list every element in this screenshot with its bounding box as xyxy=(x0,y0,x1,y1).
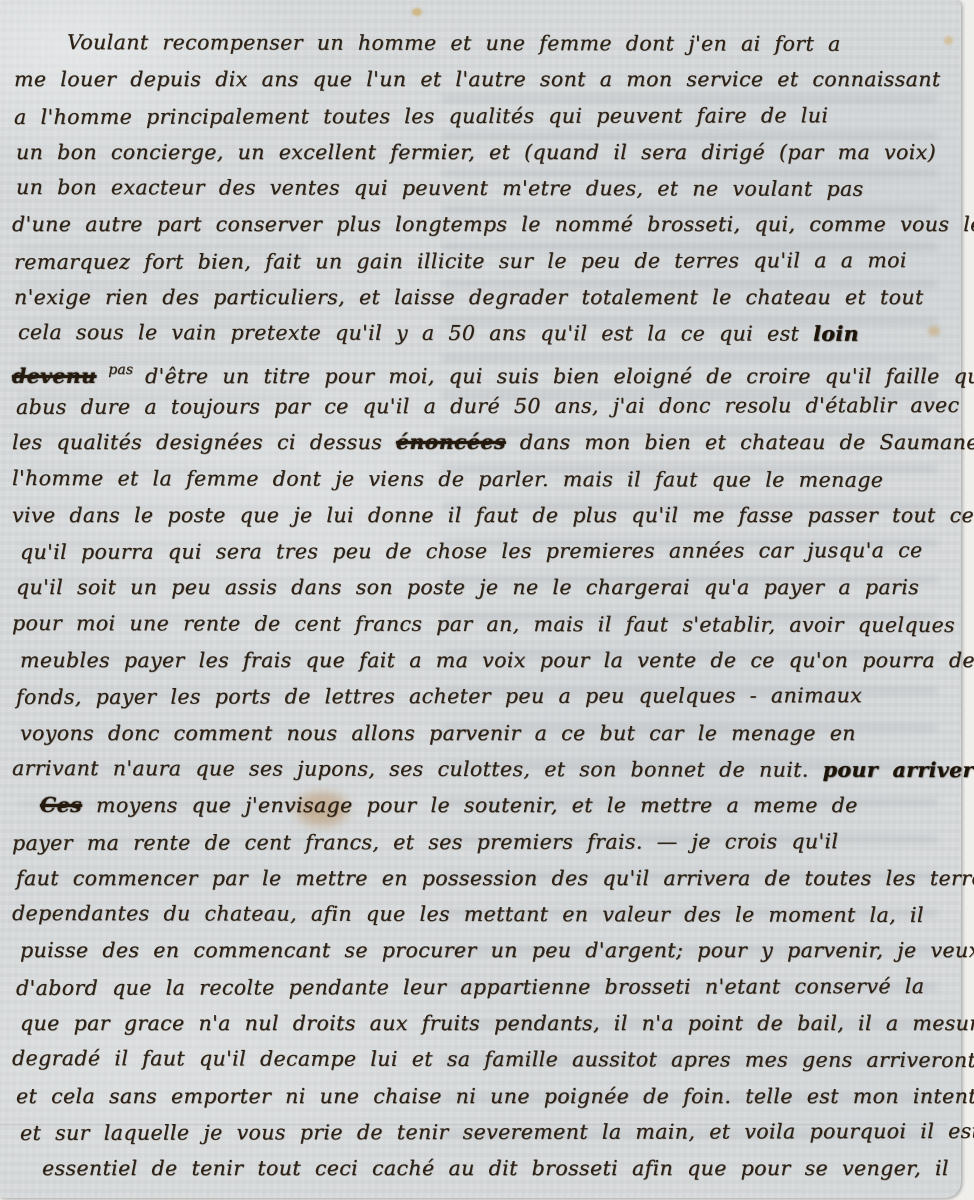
handwritten-text: et sur laquelle je vous prie de tenir se… xyxy=(20,1119,974,1145)
handwritten-text: vive dans le poste que je lui donne il f… xyxy=(12,503,974,527)
handwritten-text: un bon exacteur des ventes qui peuvent m… xyxy=(16,175,864,201)
handwritten-text: arrivant n'aura que ses jupons, ses culo… xyxy=(12,756,823,782)
letter-line: qu'il soit un peu assis dans son poste j… xyxy=(12,569,948,605)
handwritten-text: puisse des en commencant se procurer un … xyxy=(20,938,974,962)
handwritten-text: pour moi une rente de cent francs par an… xyxy=(12,611,955,637)
letter-line: voyons donc comment nous allons parvenir… xyxy=(12,715,948,751)
handwritten-text: qu'il pourra qui sera tres peu de chose … xyxy=(20,538,923,564)
handwritten-text: un bon concierge, un excellent fermier, … xyxy=(16,140,936,164)
letter-line: abus dure a toujours par ce qu'il a duré… xyxy=(12,387,948,425)
letter-line: puisse des en commencant se procurer un … xyxy=(12,932,948,968)
letter-line: faut commencer par le mettre en possessi… xyxy=(12,860,948,896)
heavy-ink-word: loin xyxy=(813,322,859,346)
handwritten-text: n'exige rien des particuliers, et laisse… xyxy=(14,285,924,309)
handwritten-text: abus dure a toujours par ce qu'il a duré… xyxy=(16,393,959,419)
letter-line: dependantes du chateau, afin que les met… xyxy=(12,895,948,933)
handwritten-text: Voulant recompenser un homme et une femm… xyxy=(67,30,841,56)
letter-line: et sur laquelle je vous prie de tenir se… xyxy=(12,1113,948,1151)
handwritten-text: dependantes du chateau, afin que les met… xyxy=(12,901,924,927)
letter-line: les qualités designées ci dessus énoncée… xyxy=(12,424,948,460)
handwritten-text: que par grace n'a nul droits aux fruits … xyxy=(20,1011,974,1035)
letter-line: payer ma rente de cent francs, et ses pr… xyxy=(12,823,948,861)
letter-line: meubles payer les frais que fait a ma vo… xyxy=(12,642,948,678)
letter-line: que par grace n'a nul droits aux fruits … xyxy=(12,1005,948,1041)
letter-line: pour moi une rente de cent francs par an… xyxy=(12,605,948,643)
handwritten-text: voyons donc comment nous allons parvenir… xyxy=(20,721,856,745)
handwritten-text: remarquez fort bien, fait un gain illici… xyxy=(14,248,907,274)
letter-line: remarquez fort bien, fait un gain illici… xyxy=(12,242,948,280)
letter-line: me louer depuis dix ans que l'un et l'au… xyxy=(12,61,948,97)
handwritten-text: cela sous le vain pretexte qu'il y a 50 … xyxy=(18,320,813,346)
handwritten-text: degradé il faut qu'il decampe lui et sa … xyxy=(12,1046,974,1072)
letter-line: vive dans le poste que je lui donne il f… xyxy=(12,497,948,533)
handwritten-text: d'être un titre pour moi, qui suis bien … xyxy=(145,364,974,388)
handwritten-text: faut commencer par le mettre en possessi… xyxy=(16,866,974,890)
letter-line: d'abord que la recolte pendante leur app… xyxy=(12,968,948,1006)
handwritten-text: payer ma rente de cent francs, et ses pr… xyxy=(12,829,838,855)
scanned-letter-page: Voulant recompenser un homme et une femm… xyxy=(0,0,974,1200)
handwritten-text: l'homme et la femme dont je viens de par… xyxy=(12,466,883,492)
struck-out-word: Ces xyxy=(40,793,82,817)
handwritten-text: les qualités designées ci dessus xyxy=(12,430,396,454)
letter-line: cela sous le vain pretexte qu'il y a 50 … xyxy=(12,314,948,352)
handwritten-text: essentiel de tenir tout ceci caché au di… xyxy=(42,1156,949,1180)
letter-line: devenu pas d'être un titre pour moi, qui… xyxy=(12,352,948,388)
handwritten-text: d'une autre part conserver plus longtemp… xyxy=(12,212,974,236)
letter-line: n'exige rien des particuliers, et laisse… xyxy=(12,279,948,315)
struck-out-word: énoncées xyxy=(396,430,506,454)
handwritten-text: qu'il soit un peu assis dans son poste j… xyxy=(16,575,919,599)
handwritten-text: et cela sans emporter ni une chaise ni u… xyxy=(16,1084,974,1108)
handwritten-text: dans mon bien et chateau de Saumane xyxy=(506,430,974,454)
letter-line: fonds, payer les ports de lettres achete… xyxy=(12,677,948,715)
letter-line: degradé il faut qu'il decampe lui et sa … xyxy=(12,1040,948,1078)
handwritten-text: d'abord que la recolte pendante leur app… xyxy=(16,974,924,1000)
ink-fleck xyxy=(412,8,422,16)
handwritten-text: fonds, payer les ports de lettres achete… xyxy=(16,684,862,710)
handwritten-text: a l'homme principalement toutes les qual… xyxy=(14,103,828,129)
handwritten-text: me louer depuis dix ans que l'un et l'au… xyxy=(14,67,940,91)
handwritten-text: moyens que j'envisage pour le soutenir, … xyxy=(82,793,858,817)
struck-out-word: devenu xyxy=(12,364,97,388)
handwritten-text: meubles payer les frais que fait a ma vo… xyxy=(20,648,974,672)
letter-line: a l'homme principalement toutes les qual… xyxy=(12,97,948,135)
letter-line: d'une autre part conserver plus longtemp… xyxy=(12,206,948,242)
letter-line: Ces moyens que j'envisage pour le souten… xyxy=(12,787,948,823)
letter-line: Voulant recompenser un homme et une femm… xyxy=(12,24,948,62)
letter-line: un bon exacteur des ventes qui peuvent m… xyxy=(12,169,948,207)
letter-line: et cela sans emporter ni une chaise ni u… xyxy=(12,1078,948,1114)
letter-line: arrivant n'aura que ses jupons, ses culo… xyxy=(12,750,948,788)
letter-line: qu'il pourra qui sera tres peu de chose … xyxy=(12,532,948,570)
letter-line: l'homme et la femme dont je viens de par… xyxy=(12,460,948,498)
letter-line: essentiel de tenir tout ceci caché au di… xyxy=(12,1150,948,1186)
letter-line: un bon concierge, un excellent fermier, … xyxy=(12,134,948,170)
interlinear-insertion: pas xyxy=(97,362,145,378)
letter-body: Voulant recompenser un homme et une femm… xyxy=(12,25,948,1187)
heavy-ink-word: pour arriver xyxy=(823,758,974,782)
